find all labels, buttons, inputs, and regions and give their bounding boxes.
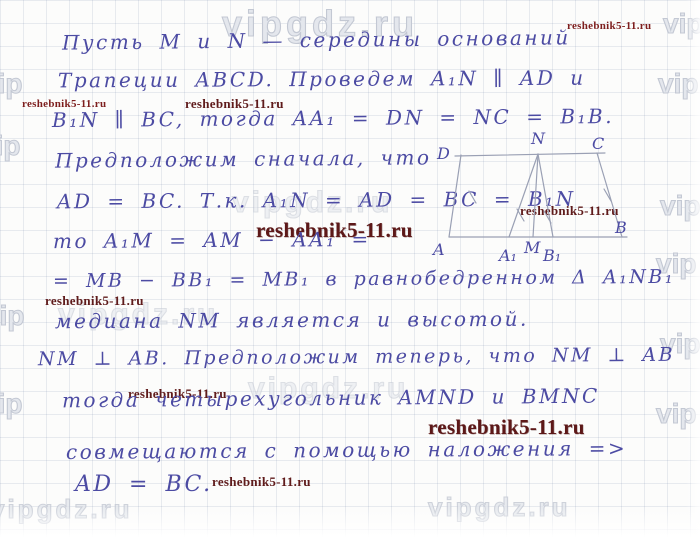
watermark-reshebnik: reshebnik5-11.ru [45,293,144,309]
watermark-vip-fragment: vip [663,8,700,40]
watermark-vip-fragment: vip [0,68,22,100]
handwritten-line: тогда четырехугольник AMND и BMNC [62,384,600,413]
handwritten-line: Трапеции ABCD. Проведем A₁N ∥ AD и [58,66,586,93]
handwritten-line: AD = BC. [75,472,213,497]
vertex-label-c: C [592,134,604,153]
vertex-label-b1: B₁ [542,246,561,265]
watermark-vip-fragment: vip [0,300,24,332]
handwritten-line: медиана NM является и высотой. [55,307,529,333]
watermark-vip-fragment: vip [0,388,22,420]
watermark-reshebnik: reshebnik5-11.ru [212,474,311,490]
vertex-label-b: B [614,218,627,237]
vertex-label-m: M [523,238,541,257]
vertex-label-n: N [530,129,546,148]
watermark-reshebnik: reshebnik5-11.ru [567,20,651,32]
watermark-vip-fragment: vip [658,68,698,100]
vertex-label-d: D [436,144,450,163]
watermark-vipgdz-bottom: vipgdz.ru [0,494,133,525]
watermark-vip-fragment: vip [660,190,700,222]
handwritten-line: Пусть M и N — середины оснований [62,25,571,54]
handwritten-line: Предположим сначала, что [55,145,432,172]
watermark-vip-fragment: vip [656,398,696,430]
handwritten-line: NM ⊥ AB. Предположим теперь, что NM ⊥ AB [38,344,675,370]
trapezoid-diagram: D N C A A₁ M B₁ B [425,127,660,269]
watermark-vipgdz-bottom: vipgdz.ru [428,492,571,523]
vertex-label-a1: A₁ [497,246,517,265]
handwritten-line: = MB − BB₁ = MB₁ в равнобедренном Δ A₁NB… [53,266,675,292]
watermark-vip-fragment: vip [0,130,20,162]
notebook-page: vipgdz.ru vip vip vip vip vip vip vip vi… [0,0,700,550]
handwritten-line: то A₁M = AM − AA₁ = [53,227,371,253]
vertex-label-a: A [431,240,445,259]
handwritten-line: совмещаются с помощью наложения => [66,436,627,464]
